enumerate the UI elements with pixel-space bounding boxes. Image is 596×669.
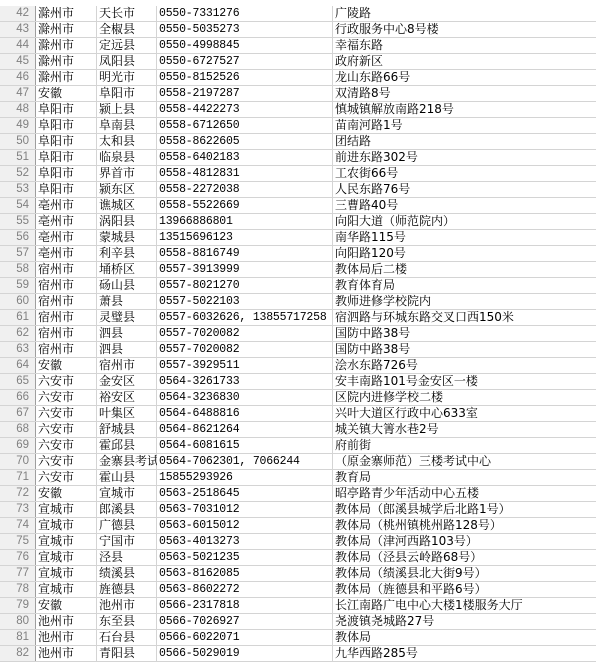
district-cell[interactable]: 泾县 xyxy=(97,550,157,565)
city-cell[interactable]: 滁州市 xyxy=(36,22,97,37)
phone-cell[interactable]: 13515696123 xyxy=(157,230,333,245)
phone-cell[interactable]: 0558-6712650 xyxy=(157,118,333,133)
district-cell[interactable]: 蒙城县 xyxy=(97,230,157,245)
row-header[interactable]: 60 xyxy=(0,294,36,309)
district-cell[interactable]: 宿州市 xyxy=(97,358,157,373)
district-cell[interactable]: 泗县 xyxy=(97,326,157,341)
address-cell[interactable]: 人民东路76号 xyxy=(333,182,596,197)
address-cell[interactable]: 教体局 xyxy=(333,630,596,645)
address-cell[interactable]: 府前街 xyxy=(333,438,596,453)
table-row: 52阜阳市界首市0558-4812831工农街66号 xyxy=(0,166,596,182)
address-cell[interactable]: 慎城镇解放南路218号 xyxy=(333,102,596,117)
address-cell[interactable]: 教育局 xyxy=(333,470,596,485)
city-cell[interactable]: 池州市 xyxy=(36,630,97,645)
phone-cell[interactable]: 0550-6727527 xyxy=(157,54,333,69)
district-cell[interactable]: 郎溪县 xyxy=(97,502,157,517)
table-row: 70六安市金寨县考试0564-7062301, 7066244（原金寨师范）三楼… xyxy=(0,454,596,470)
table-row: 74宣城市广德县0563-6015012教体局（桃州镇桃州路128号） xyxy=(0,518,596,534)
phone-cell[interactable]: 0557-7020082 xyxy=(157,326,333,341)
city-cell[interactable]: 亳州市 xyxy=(36,246,97,261)
district-cell[interactable]: 涡阳县 xyxy=(97,214,157,229)
row-header[interactable]: 51 xyxy=(0,150,36,165)
table-row: 82池州市青阳县0566-5029019九华西路285号 xyxy=(0,646,596,662)
table-row: 53阜阳市颍东区0558-2272038人民东路76号 xyxy=(0,182,596,198)
row-header[interactable]: 49 xyxy=(0,118,36,133)
district-cell[interactable]: 颍东区 xyxy=(97,182,157,197)
phone-cell[interactable]: 0564-8621264 xyxy=(157,422,333,437)
address-cell[interactable]: 幸福东路 xyxy=(333,38,596,53)
phone-cell[interactable]: 0563-7031012 xyxy=(157,502,333,517)
phone-cell[interactable]: 0550-5035273 xyxy=(157,22,333,37)
district-cell[interactable]: 临泉县 xyxy=(97,150,157,165)
row-header[interactable]: 82 xyxy=(0,646,36,661)
table-row: 48阜阳市颍上县0558-4422273慎城镇解放南路218号 xyxy=(0,102,596,118)
table-row: 75宣城市宁国市0563-4013273教体局（津河西路103号） xyxy=(0,534,596,550)
row-header[interactable]: 64 xyxy=(0,358,36,373)
city-cell[interactable]: 安徽 xyxy=(36,86,97,101)
row-header[interactable]: 56 xyxy=(0,230,36,245)
row-header[interactable]: 54 xyxy=(0,198,36,213)
table-row: 49阜阳市阜南县0558-6712650苗南河路1号 xyxy=(0,118,596,134)
city-cell[interactable]: 亳州市 xyxy=(36,198,97,213)
city-cell[interactable]: 六安市 xyxy=(36,406,97,421)
city-cell[interactable]: 安徽 xyxy=(36,486,97,501)
address-cell[interactable]: 向阳大道（师范院内） xyxy=(333,214,596,229)
phone-cell[interactable]: 0563-2518645 xyxy=(157,486,333,501)
row-header[interactable]: 66 xyxy=(0,390,36,405)
table-row: 80池州市东至县0566-7026927尧渡镇尧城路27号 xyxy=(0,614,596,630)
table-row: 68六安市舒城县0564-8621264城关镇大箐水巷2号 xyxy=(0,422,596,438)
city-cell[interactable]: 宿州市 xyxy=(36,310,97,325)
address-cell[interactable]: 昭亭路青少年活动中心五楼 xyxy=(333,486,596,501)
phone-cell[interactable]: 0558-2197287 xyxy=(157,86,333,101)
address-cell[interactable]: 尧渡镇尧城路27号 xyxy=(333,614,596,629)
row-header[interactable]: 69 xyxy=(0,438,36,453)
row-header[interactable]: 44 xyxy=(0,38,36,53)
row-header[interactable]: 63 xyxy=(0,342,36,357)
address-cell[interactable]: 三曹路40号 xyxy=(333,198,596,213)
table-row: 65六安市金安区0564-3261733安丰南路101号金安区一楼 xyxy=(0,374,596,390)
table-row: 50阜阳市太和县0558-8622605团结路 xyxy=(0,134,596,150)
address-cell[interactable]: 浍水东路726号 xyxy=(333,358,596,373)
city-cell[interactable]: 阜阳市 xyxy=(36,118,97,133)
table-row: 54亳州市谯城区0558-5522669三曹路40号 xyxy=(0,198,596,214)
address-cell[interactable]: 教体局（泾县云岭路68号） xyxy=(333,550,596,565)
city-cell[interactable]: 六安市 xyxy=(36,438,97,453)
table-row: 43滁州市全椒县0550-5035273行政服务中心8号楼 xyxy=(0,22,596,38)
address-cell[interactable]: 长江南路广电中心大楼1楼服务大厅 xyxy=(333,598,596,613)
city-cell[interactable]: 宿州市 xyxy=(36,278,97,293)
table-row: 46滁州市明光市0550-8152526龙山东路66号 xyxy=(0,70,596,86)
table-row: 76宣城市泾县0563-5021235教体局（泾县云岭路68号） xyxy=(0,550,596,566)
phone-cell[interactable]: 0557-5022103 xyxy=(157,294,333,309)
row-header[interactable]: 45 xyxy=(0,54,36,69)
city-cell[interactable]: 宣城市 xyxy=(36,566,97,581)
address-cell[interactable]: 广陵路 xyxy=(333,6,596,21)
district-cell[interactable]: 界首市 xyxy=(97,166,157,181)
table-row: 55亳州市涡阳县13966886801向阳大道（师范院内） xyxy=(0,214,596,230)
district-cell[interactable]: 宁国市 xyxy=(97,534,157,549)
district-cell[interactable]: 谯城区 xyxy=(97,198,157,213)
table-row: 77宣城市绩溪县0563-8162085教体局（绩溪县北大街9号） xyxy=(0,566,596,582)
district-cell[interactable]: 阜阳市 xyxy=(97,86,157,101)
address-cell[interactable]: 教师进修学校院内 xyxy=(333,294,596,309)
row-header[interactable]: 68 xyxy=(0,422,36,437)
city-cell[interactable]: 安徽 xyxy=(36,358,97,373)
city-cell[interactable]: 阜阳市 xyxy=(36,150,97,165)
phone-cell[interactable]: 0558-8622605 xyxy=(157,134,333,149)
phone-cell[interactable]: 0557-7020082 xyxy=(157,342,333,357)
table-row: 51阜阳市临泉县0558-6402183前进东路302号 xyxy=(0,150,596,166)
address-cell[interactable]: 苗南河路1号 xyxy=(333,118,596,133)
city-cell[interactable]: 池州市 xyxy=(36,614,97,629)
table-row: 44滁州市定远县0550-4998845幸福东路 xyxy=(0,38,596,54)
district-cell[interactable]: 东至县 xyxy=(97,614,157,629)
address-cell[interactable]: 团结路 xyxy=(333,134,596,149)
table-row: 56亳州市蒙城县13515696123南华路115号 xyxy=(0,230,596,246)
phone-cell[interactable]: 0558-4422273 xyxy=(157,102,333,117)
city-cell[interactable]: 安徽 xyxy=(36,598,97,613)
address-cell[interactable]: 区院内进修学校二楼 xyxy=(333,390,596,405)
phone-cell[interactable]: 0566-2317818 xyxy=(157,598,333,613)
address-cell[interactable]: 宿泗路与环城东路交叉口西150米 xyxy=(333,310,596,325)
address-cell[interactable]: 工农街66号 xyxy=(333,166,596,181)
district-cell[interactable]: 池州市 xyxy=(97,598,157,613)
row-header[interactable]: 58 xyxy=(0,262,36,277)
table-row: 61宿州市灵璧县0557-6032626, 13855717258宿泗路与环城东… xyxy=(0,310,596,326)
city-cell[interactable]: 滁州市 xyxy=(36,38,97,53)
district-cell[interactable]: 萧县 xyxy=(97,294,157,309)
phone-cell[interactable]: 0564-3261733 xyxy=(157,374,333,389)
district-cell[interactable]: 全椒县 xyxy=(97,22,157,37)
row-header[interactable]: 73 xyxy=(0,502,36,517)
table-row: 60宿州市萧县0557-5022103教师进修学校院内 xyxy=(0,294,596,310)
phone-cell[interactable]: 0564-6488816 xyxy=(157,406,333,421)
phone-cell[interactable]: 0563-6015012 xyxy=(157,518,333,533)
district-cell[interactable]: 灵璧县 xyxy=(97,310,157,325)
city-cell[interactable]: 宿州市 xyxy=(36,294,97,309)
district-cell[interactable]: 砀山县 xyxy=(97,278,157,293)
row-header[interactable]: 46 xyxy=(0,70,36,85)
table-row: 63宿州市泗县0557-7020082国防中路38号 xyxy=(0,342,596,358)
phone-cell[interactable]: 0563-8162085 xyxy=(157,566,333,581)
district-cell[interactable]: 凤阳县 xyxy=(97,54,157,69)
table-row: 79安徽池州市0566-2317818长江南路广电中心大楼1楼服务大厅 xyxy=(0,598,596,614)
phone-cell[interactable]: 0566-7026927 xyxy=(157,614,333,629)
table-row: 57亳州市利辛县0558-8816749向阳路120号 xyxy=(0,246,596,262)
phone-cell[interactable]: 0557-3929511 xyxy=(157,358,333,373)
row-header[interactable]: 57 xyxy=(0,246,36,261)
address-cell[interactable]: （原金寨师范）三楼考试中心 xyxy=(333,454,596,469)
phone-cell[interactable]: 0564-3236830 xyxy=(157,390,333,405)
table-row: 58宿州市埇桥区0557-3913999教体局后二楼 xyxy=(0,262,596,278)
city-cell[interactable]: 宣城市 xyxy=(36,502,97,517)
district-cell[interactable]: 定远县 xyxy=(97,38,157,53)
address-cell[interactable]: 前进东路302号 xyxy=(333,150,596,165)
row-header[interactable]: 62 xyxy=(0,326,36,341)
row-header[interactable]: 43 xyxy=(0,22,36,37)
row-header[interactable]: 74 xyxy=(0,518,36,533)
table-row: 62宿州市泗县0557-7020082国防中路38号 xyxy=(0,326,596,342)
district-cell[interactable]: 霍山县 xyxy=(97,470,157,485)
city-cell[interactable]: 宣城市 xyxy=(36,518,97,533)
row-header[interactable]: 70 xyxy=(0,454,36,469)
city-cell[interactable]: 滁州市 xyxy=(36,70,97,85)
address-cell[interactable]: 安丰南路101号金安区一楼 xyxy=(333,374,596,389)
district-cell[interactable]: 太和县 xyxy=(97,134,157,149)
city-cell[interactable]: 宣城市 xyxy=(36,550,97,565)
address-cell[interactable]: 教体局（绩溪县北大街9号） xyxy=(333,566,596,581)
phone-cell[interactable]: 0550-8152526 xyxy=(157,70,333,85)
district-cell[interactable]: 绩溪县 xyxy=(97,566,157,581)
district-cell[interactable]: 裕安区 xyxy=(97,390,157,405)
district-cell[interactable]: 利辛县 xyxy=(97,246,157,261)
city-cell[interactable]: 宿州市 xyxy=(36,262,97,277)
row-header[interactable]: 72 xyxy=(0,486,36,501)
phone-cell[interactable]: 13966886801 xyxy=(157,214,333,229)
district-cell[interactable]: 石台县 xyxy=(97,630,157,645)
district-cell[interactable]: 叶集区 xyxy=(97,406,157,421)
district-cell[interactable]: 天长市 xyxy=(97,6,157,21)
table-row: 71六安市霍山县15855293926教育局 xyxy=(0,470,596,486)
address-cell[interactable]: 向阳路120号 xyxy=(333,246,596,261)
address-cell[interactable]: 兴叶大道区行政中心633室 xyxy=(333,406,596,421)
district-cell[interactable]: 霍邱县 xyxy=(97,438,157,453)
table-row: 42滁州市天长市0550-7331276广陵路 xyxy=(0,6,596,22)
address-cell[interactable]: 教体局（津河西路103号） xyxy=(333,534,596,549)
city-cell[interactable]: 宣城市 xyxy=(36,582,97,597)
address-cell[interactable]: 教育体育局 xyxy=(333,278,596,293)
row-header[interactable]: 42 xyxy=(0,6,36,21)
table-row: 67六安市叶集区0564-6488816兴叶大道区行政中心633室 xyxy=(0,406,596,422)
district-cell[interactable]: 宣城市 xyxy=(97,486,157,501)
phone-cell[interactable]: 0563-5021235 xyxy=(157,550,333,565)
row-header[interactable]: 61 xyxy=(0,310,36,325)
row-header[interactable]: 79 xyxy=(0,598,36,613)
phone-cell[interactable]: 0566-6022071 xyxy=(157,630,333,645)
district-cell[interactable]: 旌德县 xyxy=(97,582,157,597)
district-cell[interactable]: 泗县 xyxy=(97,342,157,357)
address-cell[interactable]: 教体局后二楼 xyxy=(333,262,596,277)
table-row: 45滁州市凤阳县0550-6727527政府新区 xyxy=(0,54,596,70)
address-cell[interactable]: 行政服务中心8号楼 xyxy=(333,22,596,37)
spreadsheet-grid: 42滁州市天长市0550-7331276广陵路43滁州市全椒县0550-5035… xyxy=(0,6,596,662)
district-cell[interactable]: 舒城县 xyxy=(97,422,157,437)
district-cell[interactable]: 广德县 xyxy=(97,518,157,533)
row-header[interactable]: 52 xyxy=(0,166,36,181)
address-cell[interactable]: 国防中路38号 xyxy=(333,342,596,357)
city-cell[interactable]: 池州市 xyxy=(36,646,97,661)
address-cell[interactable]: 政府新区 xyxy=(333,54,596,69)
phone-cell[interactable]: 0558-5522669 xyxy=(157,198,333,213)
city-cell[interactable]: 滁州市 xyxy=(36,54,97,69)
table-row: 73宣城市郎溪县0563-7031012教体局（郎溪县城学后北路1号） xyxy=(0,502,596,518)
city-cell[interactable]: 阜阳市 xyxy=(36,182,97,197)
phone-cell[interactable]: 15855293926 xyxy=(157,470,333,485)
phone-cell[interactable]: 0558-4812831 xyxy=(157,166,333,181)
phone-cell[interactable]: 0558-6402183 xyxy=(157,150,333,165)
phone-cell[interactable]: 0557-8021270 xyxy=(157,278,333,293)
district-cell[interactable]: 金寨县考试 xyxy=(97,454,157,469)
address-cell[interactable]: 南华路115号 xyxy=(333,230,596,245)
city-cell[interactable]: 阜阳市 xyxy=(36,134,97,149)
district-cell[interactable]: 金安区 xyxy=(97,374,157,389)
row-header[interactable]: 55 xyxy=(0,214,36,229)
phone-cell[interactable]: 0563-4013273 xyxy=(157,534,333,549)
table-row: 64安徽宿州市0557-3929511浍水东路726号 xyxy=(0,358,596,374)
address-cell[interactable]: 教体局（桃州镇桃州路128号） xyxy=(333,518,596,533)
row-header[interactable]: 81 xyxy=(0,630,36,645)
table-row: 72安徽宣城市0563-2518645昭亭路青少年活动中心五楼 xyxy=(0,486,596,502)
phone-cell[interactable]: 0558-8816749 xyxy=(157,246,333,261)
address-cell[interactable]: 城关镇大箐水巷2号 xyxy=(333,422,596,437)
table-row: 47安徽阜阳市0558-2197287双清路8号 xyxy=(0,86,596,102)
row-header[interactable]: 76 xyxy=(0,550,36,565)
city-cell[interactable]: 宣城市 xyxy=(36,534,97,549)
phone-cell[interactable]: 0564-7062301, 7066244 xyxy=(157,454,333,469)
city-cell[interactable]: 宿州市 xyxy=(36,342,97,357)
row-header[interactable]: 50 xyxy=(0,134,36,149)
row-header[interactable]: 47 xyxy=(0,86,36,101)
row-header[interactable]: 59 xyxy=(0,278,36,293)
table-row: 66六安市裕安区0564-3236830区院内进修学校二楼 xyxy=(0,390,596,406)
city-cell[interactable]: 滁州市 xyxy=(36,6,97,21)
row-header[interactable]: 48 xyxy=(0,102,36,117)
table-row: 78宣城市旌德县0563-8602272教体局（旌德县和平路6号） xyxy=(0,582,596,598)
address-cell[interactable]: 九华西路285号 xyxy=(333,646,596,661)
city-cell[interactable]: 阜阳市 xyxy=(36,102,97,117)
row-header[interactable]: 80 xyxy=(0,614,36,629)
district-cell[interactable]: 阜南县 xyxy=(97,118,157,133)
district-cell[interactable]: 明光市 xyxy=(97,70,157,85)
phone-cell[interactable]: 0550-4998845 xyxy=(157,38,333,53)
phone-cell[interactable]: 0558-2272038 xyxy=(157,182,333,197)
phone-cell[interactable]: 0550-7331276 xyxy=(157,6,333,21)
city-cell[interactable]: 六安市 xyxy=(36,454,97,469)
city-cell[interactable]: 六安市 xyxy=(36,422,97,437)
address-cell[interactable]: 教体局（旌德县和平路6号） xyxy=(333,582,596,597)
phone-cell[interactable]: 0557-3913999 xyxy=(157,262,333,277)
city-cell[interactable]: 亳州市 xyxy=(36,230,97,245)
row-header[interactable]: 71 xyxy=(0,470,36,485)
district-cell[interactable]: 青阳县 xyxy=(97,646,157,661)
table-row: 69六安市霍邱县0564-6081615府前街 xyxy=(0,438,596,454)
table-row: 81池州市石台县0566-6022071教体局 xyxy=(0,630,596,646)
city-cell[interactable]: 六安市 xyxy=(36,470,97,485)
city-cell[interactable]: 阜阳市 xyxy=(36,166,97,181)
district-cell[interactable]: 颍上县 xyxy=(97,102,157,117)
phone-cell[interactable]: 0564-6081615 xyxy=(157,438,333,453)
city-cell[interactable]: 亳州市 xyxy=(36,214,97,229)
row-header[interactable]: 65 xyxy=(0,374,36,389)
address-cell[interactable]: 双清路8号 xyxy=(333,86,596,101)
row-header[interactable]: 78 xyxy=(0,582,36,597)
row-header[interactable]: 77 xyxy=(0,566,36,581)
address-cell[interactable]: 龙山东路66号 xyxy=(333,70,596,85)
table-row: 59宿州市砀山县0557-8021270教育体育局 xyxy=(0,278,596,294)
city-cell[interactable]: 六安市 xyxy=(36,374,97,389)
phone-cell[interactable]: 0563-8602272 xyxy=(157,582,333,597)
row-header[interactable]: 53 xyxy=(0,182,36,197)
address-cell[interactable]: 国防中路38号 xyxy=(333,326,596,341)
phone-cell[interactable]: 0557-6032626, 13855717258 xyxy=(157,310,333,325)
city-cell[interactable]: 六安市 xyxy=(36,390,97,405)
row-header[interactable]: 75 xyxy=(0,534,36,549)
city-cell[interactable]: 宿州市 xyxy=(36,326,97,341)
row-header[interactable]: 67 xyxy=(0,406,36,421)
phone-cell[interactable]: 0566-5029019 xyxy=(157,646,333,661)
district-cell[interactable]: 埇桥区 xyxy=(97,262,157,277)
address-cell[interactable]: 教体局（郎溪县城学后北路1号） xyxy=(333,502,596,517)
